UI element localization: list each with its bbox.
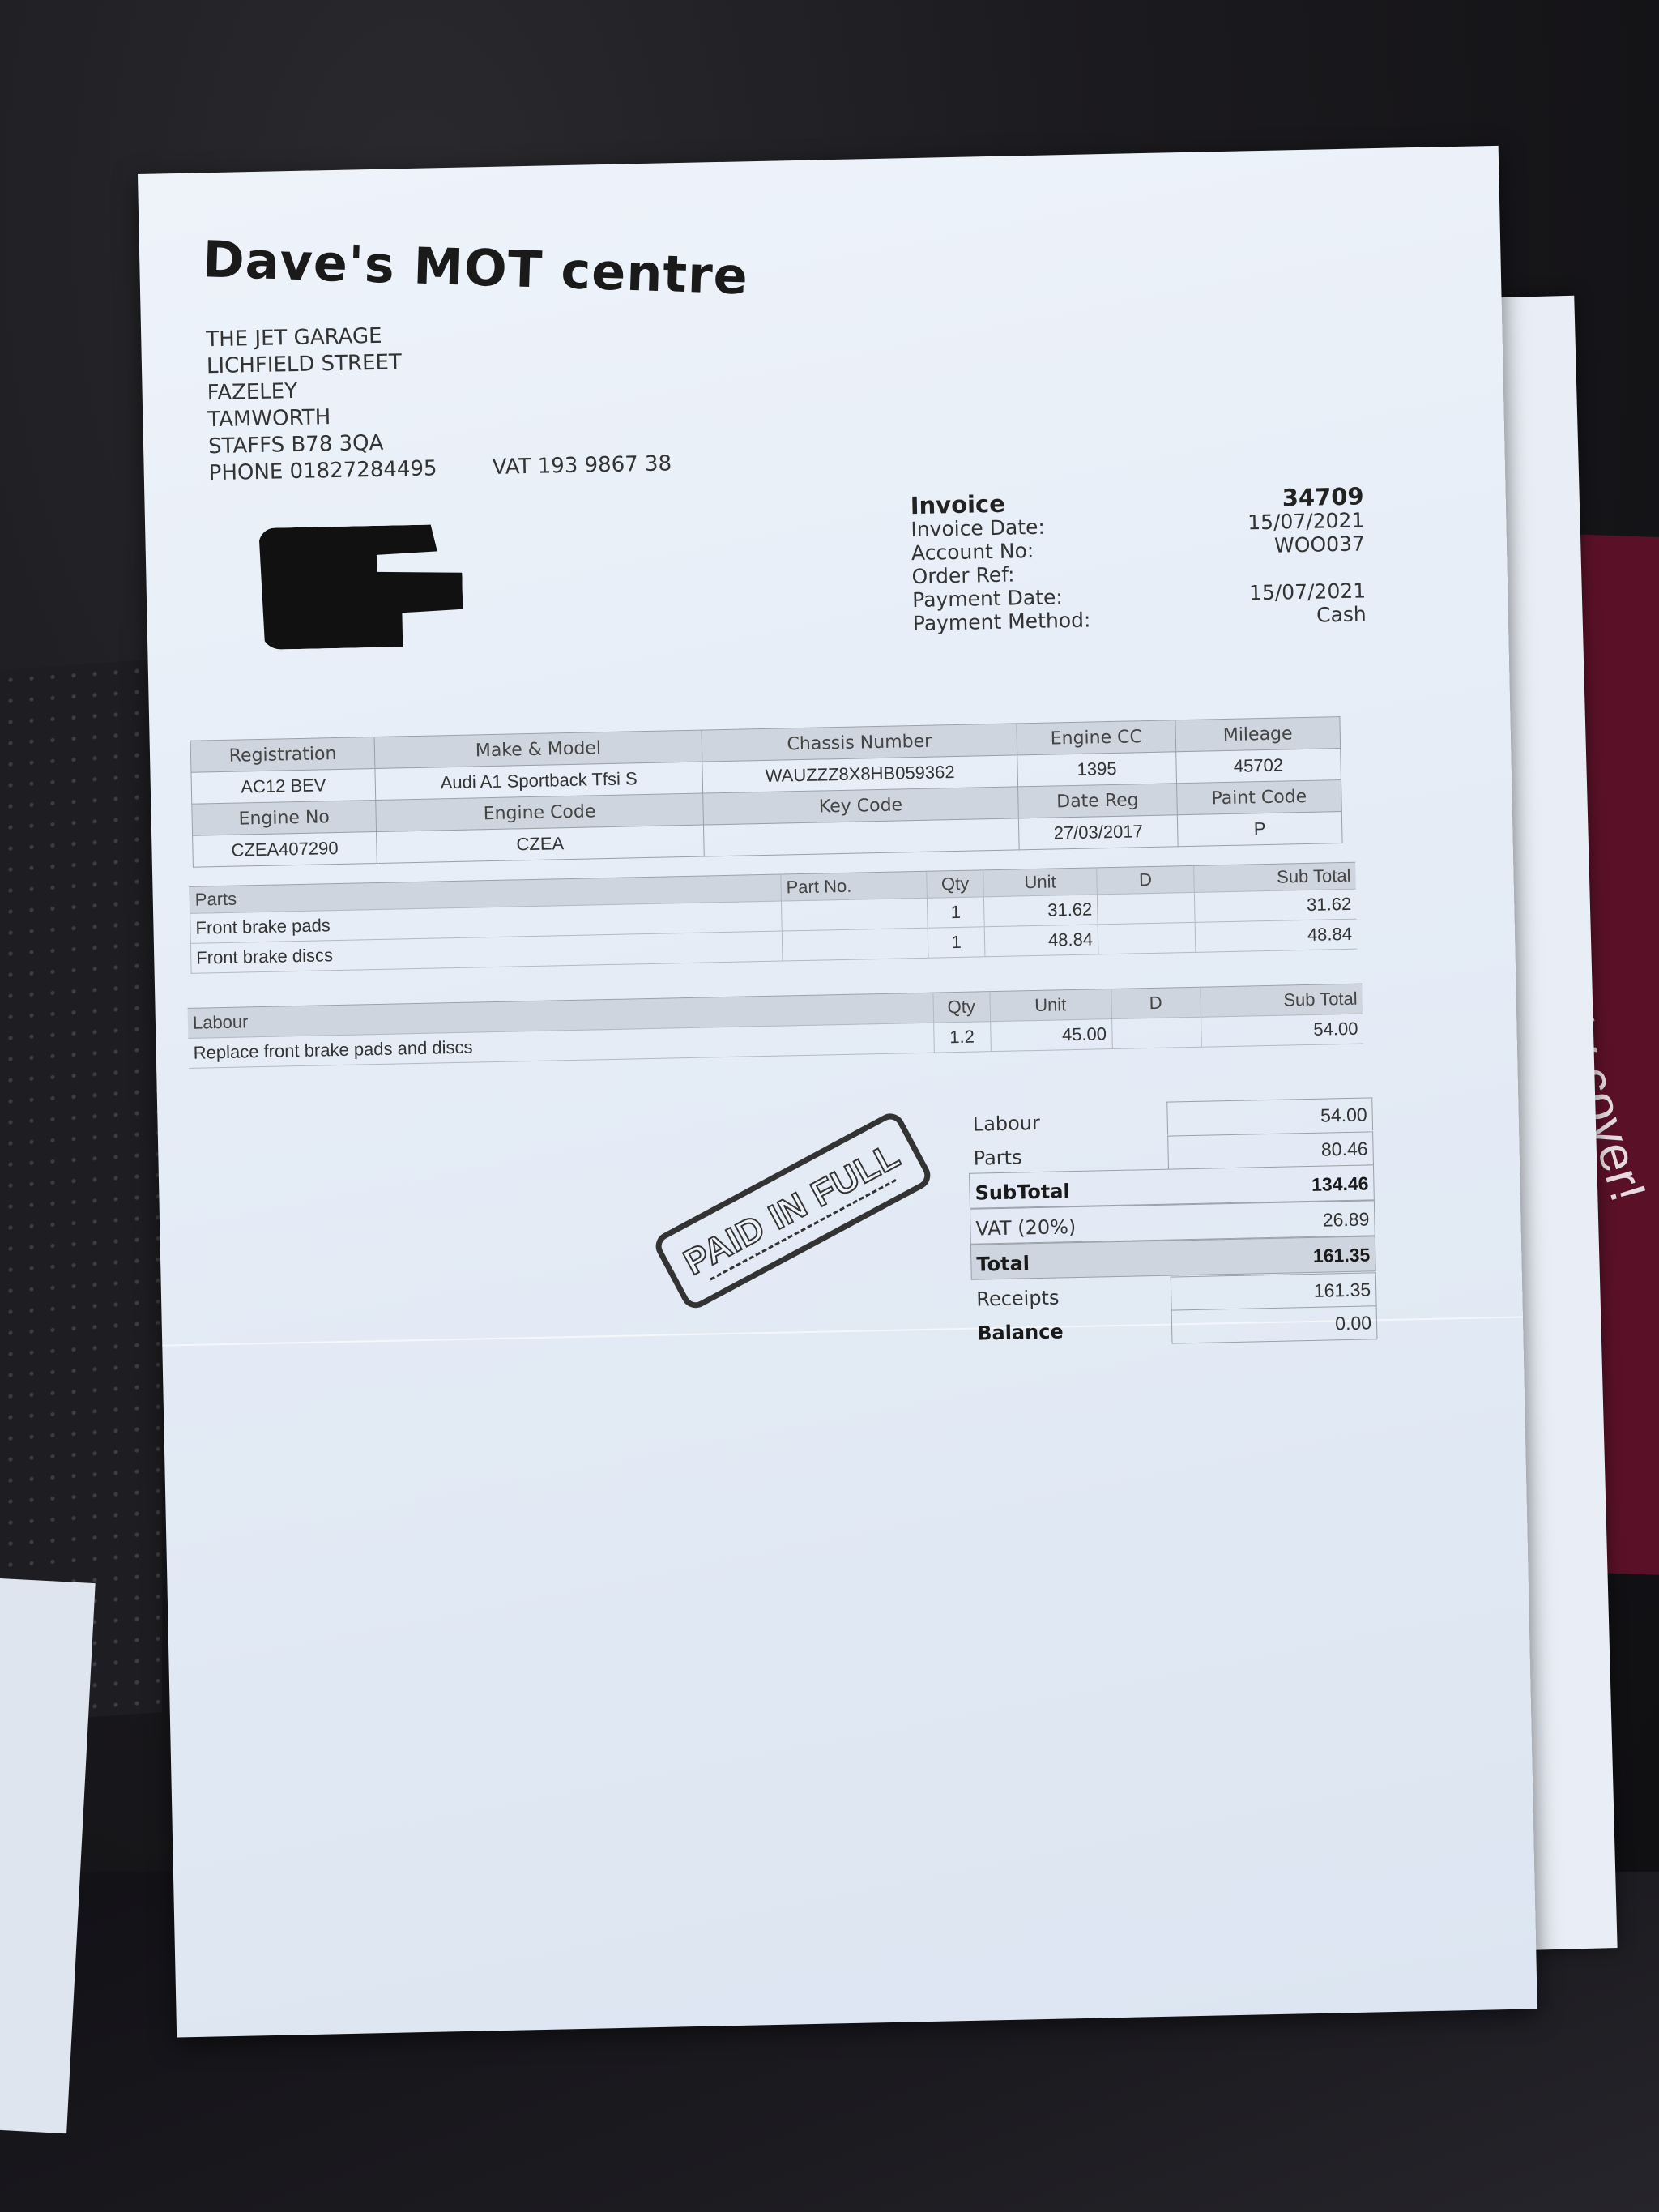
field-label: Payment Date: (912, 585, 1063, 612)
balance-value: 0.00 (1171, 1305, 1378, 1343)
col-engine-cc: Engine CC (1017, 720, 1175, 755)
paid-in-full-stamp: PAID IN FULL (650, 1108, 935, 1313)
registration-value: AC12 BEV (191, 769, 376, 805)
field-label: Account No: (911, 539, 1034, 565)
part-subtotal: 48.84 (1195, 919, 1357, 952)
total-value: 161.35 (1171, 1238, 1375, 1275)
part-discount (1097, 892, 1195, 925)
receipts-label: Receipts (971, 1284, 1171, 1314)
subtotal-value: 134.46 (1169, 1167, 1374, 1203)
col-discount: D (1111, 987, 1201, 1018)
address-line: LICHFIELD STREET (207, 348, 435, 380)
col-part-no: Part No. (781, 871, 928, 901)
invoice-meta: Invoice 34709 Invoice Date:15/07/2021 Ac… (910, 485, 1367, 635)
company-vat: VAT 193 9867 38 (492, 451, 672, 480)
col-unit: Unit (983, 868, 1098, 897)
part-number (782, 928, 928, 961)
paint-code-value: P (1177, 812, 1342, 847)
col-subtotal: Sub Total (1194, 862, 1356, 892)
labour-total-value: 54.00 (1166, 1097, 1373, 1134)
labour-qty: 1.2 (933, 1022, 991, 1053)
parts-table: Parts Part No. Qty Unit D Sub Total Fron… (189, 862, 1357, 974)
payment-method: Cash (1316, 602, 1367, 626)
subtotal-label: SubTotal (970, 1178, 1170, 1208)
company-name: Dave's MOT centre (202, 229, 749, 305)
col-qty: Qty (927, 870, 984, 898)
mileage-value: 45702 (1176, 749, 1341, 784)
totals-summary: Labour54.00 Parts80.46 SubTotal134.46 VA… (967, 1096, 1377, 1347)
labour-total-label: Labour (967, 1109, 1167, 1139)
labour-discount (1111, 1017, 1201, 1048)
col-paint-code: Paint Code (1176, 780, 1341, 815)
part-unit: 48.84 (984, 925, 1098, 957)
engine-cc-value: 1395 (1017, 752, 1176, 787)
col-registration: Registration (190, 737, 375, 773)
order-ref (1365, 555, 1366, 579)
col-mileage: Mileage (1175, 717, 1341, 752)
engine-no-value: CZEA407290 (193, 832, 377, 868)
labour-table: Labour Qty Unit D Sub Total Replace fron… (188, 984, 1363, 1069)
field-label: Invoice Date: (911, 515, 1045, 541)
field-label: Payment Method: (913, 608, 1091, 635)
total-label: Total (971, 1249, 1171, 1279)
parts-total-label: Parts (968, 1143, 1168, 1173)
receipts-value: 161.35 (1171, 1272, 1377, 1309)
key-code-value (703, 818, 1019, 856)
vat-value: 26.89 (1170, 1202, 1375, 1239)
col-engine-no: Engine No (192, 801, 377, 836)
parts-total-value: 80.46 (1167, 1131, 1374, 1168)
account-no: WOO037 (1274, 532, 1365, 557)
col-discount: D (1097, 865, 1195, 895)
date-reg-value: 27/03/2017 (1018, 815, 1177, 850)
labour-subtotal: 54.00 (1201, 1014, 1363, 1047)
col-unit: Unit (989, 989, 1111, 1022)
stamp-text: PAID IN FULL (677, 1134, 906, 1283)
field-label: Order Ref: (911, 562, 1015, 588)
seat-perforated-leather (0, 659, 162, 1723)
part-subtotal: 31.62 (1194, 889, 1356, 922)
engine-code-value: CZEA (377, 825, 704, 863)
vehicle-details-table: Registration Make & Model Chassis Number… (190, 716, 1343, 868)
invoice-title: Invoice (910, 493, 1005, 518)
company-address: THE JET GARAGE LICHFIELD STREET FAZELEY … (206, 322, 437, 487)
part-qty: 1 (927, 897, 984, 928)
invoice-number: 34709 (1282, 485, 1363, 510)
company-phone: PHONE 01827284495 (208, 455, 437, 487)
col-date-reg: Date Reg (1018, 784, 1177, 818)
part-discount (1098, 922, 1196, 954)
col-subtotal: Sub Total (1200, 984, 1363, 1017)
col-qty: Qty (932, 992, 990, 1023)
invoice-sheet: Dave's MOT centre THE JET GARAGE LICHFIE… (138, 146, 1537, 2038)
labour-unit: 45.00 (990, 1019, 1112, 1052)
part-qty: 1 (928, 927, 985, 958)
invoice-date: 15/07/2021 (1247, 508, 1365, 534)
redacted-customer-address (258, 524, 463, 650)
vat-label: VAT (20%) (970, 1214, 1171, 1244)
payment-date: 15/07/2021 (1249, 579, 1367, 604)
part-unit: 31.62 (983, 895, 1098, 927)
balance-label: Balance (972, 1318, 1172, 1348)
part-number (781, 898, 928, 931)
